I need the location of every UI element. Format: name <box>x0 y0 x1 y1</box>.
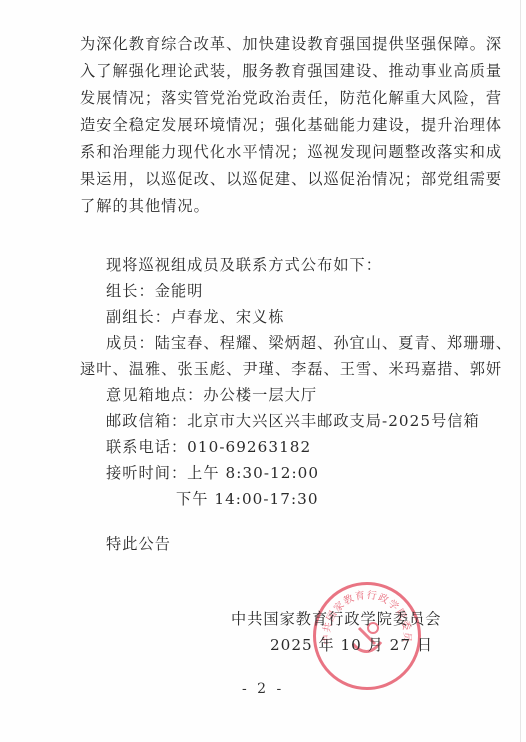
signatory: 中共国家教育行政学院委员会 <box>231 609 441 629</box>
phone-number: 联系电话：010-69263182 <box>106 437 476 457</box>
deputy-leaders: 副组长：卢春龙、宋义栋 <box>106 307 476 327</box>
members-line-1: 成员：陆宝春、程耀、梁炳超、孙宜山、夏青、郑珊珊、 <box>106 333 476 353</box>
document-page: 为深化教育综合改革、加快建设教育强国提供坚强保障。深 入了解强化理论武装，服务教… <box>0 0 526 742</box>
paragraph-line-7: 了解的其他情况。 <box>80 196 450 216</box>
paragraph-line-4: 造安全稳定发展环境情况；强化基础能力建设，提升治理体 <box>80 115 450 135</box>
closing-statement: 特此公告 <box>106 534 476 554</box>
paragraph-line-2: 入了解强化理论武装，服务教育强国建设、推动事业高质量 <box>80 61 450 81</box>
announcement-intro: 现将巡视组成员及联系方式公布如下： <box>106 255 476 275</box>
paragraph-line-1: 为深化教育综合改革、加快建设教育强国提供坚强保障。深 <box>80 34 450 54</box>
issue-date: 2025 年 10 月 27 日 <box>270 635 433 655</box>
mailbox-location: 意见箱地点：办公楼一层大厅 <box>106 385 476 405</box>
page-edge <box>520 0 521 742</box>
page-number: - 2 - <box>242 681 284 697</box>
paragraph-line-3: 发展情况；落实管党治党政治责任，防范化解重大风险，营 <box>80 88 450 108</box>
postal-box: 邮政信箱：北京市大兴区兴丰邮政支局-2025号信箱 <box>106 411 476 431</box>
group-leader: 组长：金能明 <box>106 281 476 301</box>
hours-morning: 接听时间：上午 8:30-12:00 <box>106 463 476 483</box>
paragraph-line-5: 系和治理能力现代化水平情况；巡视发现问题整改落实和成 <box>80 142 450 162</box>
paragraph-line-6: 果运用，以巡促改、以巡促建、以巡促治情况；部党组需要 <box>80 169 450 189</box>
hours-afternoon: 下午 14:00-17:30 <box>176 489 526 509</box>
members-line-2: 逯叶、温雅、张玉彪、尹瑾、李磊、王雪、米玛嘉措、郭妍 <box>80 359 450 379</box>
